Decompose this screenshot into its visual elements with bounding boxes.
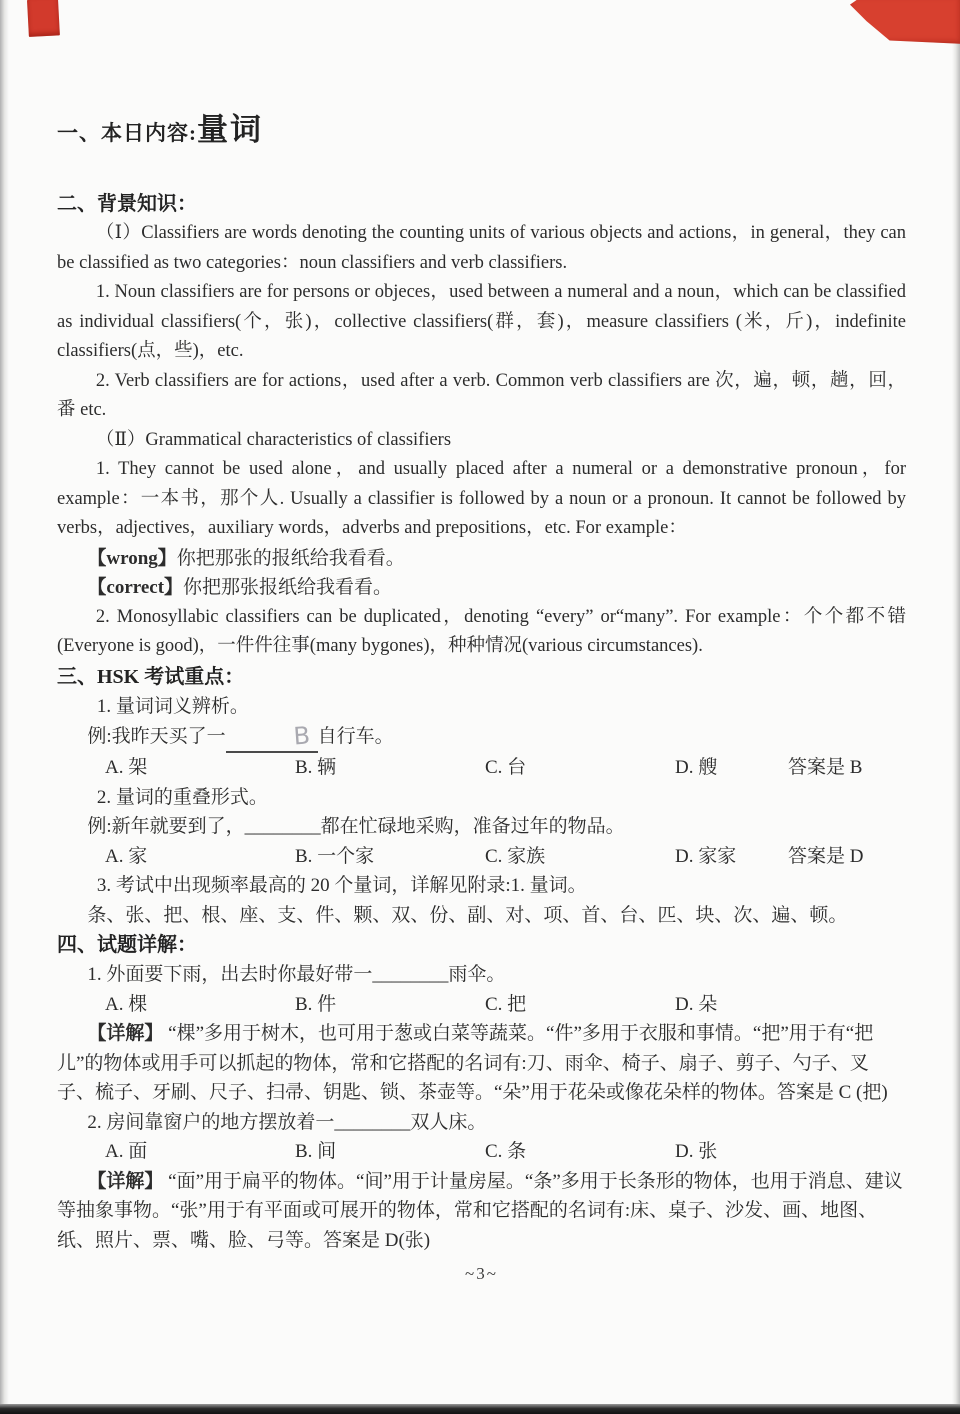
answer-note: 答案是 D bbox=[788, 842, 863, 872]
document-page: 一、本日内容:量词 二、背景知识： （Ⅰ）Classifiers are wor… bbox=[57, 104, 906, 1289]
explanation-text: “面”用于扁平的物体。“间”用于计量房屋。“条”多用于长条形的物体，也用于消息、… bbox=[57, 1171, 903, 1251]
wrong-text: 你把那张的报纸给我看看。 bbox=[177, 548, 405, 569]
page-title-prefix: 一、本日内容: bbox=[57, 121, 197, 145]
option-d: D. 家家 bbox=[675, 842, 788, 872]
hsk-item-1: 1. 量词词义辨析。 bbox=[57, 692, 906, 722]
background-paragraph-3: 2. Verb classifiers are for actions，used… bbox=[57, 367, 906, 426]
section-qa-heading: 四、试题详解： bbox=[57, 930, 906, 960]
section-hsk-heading: 三、HSK 考试重点： bbox=[57, 662, 906, 692]
question-1: 1. 外面要下雨，出去时你最好带一________雨伞。 bbox=[57, 960, 906, 990]
question-2: 2. 房间靠窗户的地方摆放着一________双人床。 bbox=[57, 1108, 906, 1138]
wrong-label: 【wrong】 bbox=[87, 548, 176, 569]
answer-blank: B bbox=[226, 722, 318, 753]
red-corner-mark-right bbox=[850, 0, 960, 46]
option-b: B. 一个家 bbox=[295, 842, 485, 872]
scan-edge-left-shadow bbox=[0, 0, 9, 1414]
background-paragraph-4: （Ⅱ）Grammatical characteristics of classi… bbox=[57, 426, 906, 456]
question-1-explanation: 【详解】 “棵”多用于树木，也可用于葱或白菜等蔬菜。“件”多用于衣服和事情。“把… bbox=[57, 1019, 906, 1108]
hsk-options-row-2: A. 家 B. 一个家 C. 家族 D. 家家 答案是 D bbox=[105, 842, 906, 872]
option-b: B. 辆 bbox=[295, 753, 485, 783]
page-title: 一、本日内容:量词 bbox=[57, 104, 906, 149]
option-b: B. 间 bbox=[295, 1137, 485, 1167]
background-paragraph-5: 1. They cannot be used alone，and usually… bbox=[57, 455, 906, 544]
page-number: ~3~ bbox=[57, 1259, 906, 1289]
example-correct-line: 【correct】你把那张报纸给我看看。 bbox=[57, 573, 906, 603]
option-d: D. 朵 bbox=[675, 990, 788, 1020]
explanation-label: 【详解】 bbox=[87, 1171, 163, 1192]
hsk-item-3: 3. 考试中出现频率最高的 20 个量词，详解见附录:1. 量词。 bbox=[57, 871, 906, 901]
explanation-label: 【详解】 bbox=[87, 1023, 163, 1044]
correct-text: 你把那张报纸给我看看。 bbox=[183, 577, 392, 598]
option-a: A. 面 bbox=[105, 1137, 295, 1167]
scan-edge-right-shadow bbox=[952, 0, 960, 1414]
example-wrong-line: 【wrong】你把那张的报纸给我看看。 bbox=[57, 544, 906, 574]
option-c: C. 台 bbox=[485, 753, 675, 783]
explanation-text: “棵”多用于树木，也可用于葱或白菜等蔬菜。“件”多用于衣服和事情。“把”用于有“… bbox=[57, 1023, 888, 1103]
correct-label: 【correct】 bbox=[87, 577, 183, 598]
hsk-example-2: 例:新年就要到了，________都在忙碌地采购，准备过年的物品。 bbox=[57, 812, 906, 842]
answer-note: 答案是 B bbox=[788, 753, 862, 783]
background-paragraph-2: 1. Noun classifiers are for persons or o… bbox=[57, 278, 906, 367]
question-1-options-row: A. 棵 B. 件 C. 把 D. 朵 bbox=[105, 990, 906, 1020]
option-d: D. 艘 bbox=[675, 753, 788, 783]
option-d: D. 张 bbox=[675, 1137, 788, 1167]
classifier-list: 条、张、把、根、座、支、件、颗、双、份、副、对、项、首、台、匹、块、次、遍、顿。 bbox=[57, 901, 906, 931]
hsk-example-1-suffix: 自行车。 bbox=[318, 726, 394, 747]
hsk-example-1: 例:我昨天买了一B自行车。 bbox=[57, 721, 906, 753]
option-b: B. 件 bbox=[295, 990, 485, 1020]
option-c: C. 条 bbox=[485, 1137, 675, 1167]
scan-bottom-edge bbox=[0, 1404, 960, 1414]
option-c: C. 把 bbox=[485, 990, 675, 1020]
section-background-heading: 二、背景知识： bbox=[57, 189, 906, 219]
background-paragraph-6: 2. Monosyllabic classifiers can be dupli… bbox=[57, 603, 906, 662]
question-2-explanation: 【详解】 “面”用于扁平的物体。“间”用于计量房屋。“条”多用于长条形的物体，也… bbox=[57, 1167, 906, 1256]
background-paragraph-1: （Ⅰ）Classifiers are words denoting the co… bbox=[57, 219, 906, 278]
question-2-options-row: A. 面 B. 间 C. 条 D. 张 bbox=[105, 1137, 906, 1167]
option-a: A. 家 bbox=[105, 842, 295, 872]
option-c: C. 家族 bbox=[485, 842, 675, 872]
hsk-options-row-1: A. 架 B. 辆 C. 台 D. 艘 答案是 B bbox=[105, 753, 906, 783]
page-title-topic: 量词 bbox=[197, 112, 263, 147]
red-corner-mark-left bbox=[27, 0, 60, 37]
option-a: A. 棵 bbox=[105, 990, 295, 1020]
option-a: A. 架 bbox=[105, 753, 295, 783]
hsk-example-1-prefix: 例:我昨天买了一 bbox=[87, 726, 225, 747]
hsk-item-2: 2. 量词的重叠形式。 bbox=[57, 783, 906, 813]
handwritten-answer: B bbox=[263, 722, 312, 751]
